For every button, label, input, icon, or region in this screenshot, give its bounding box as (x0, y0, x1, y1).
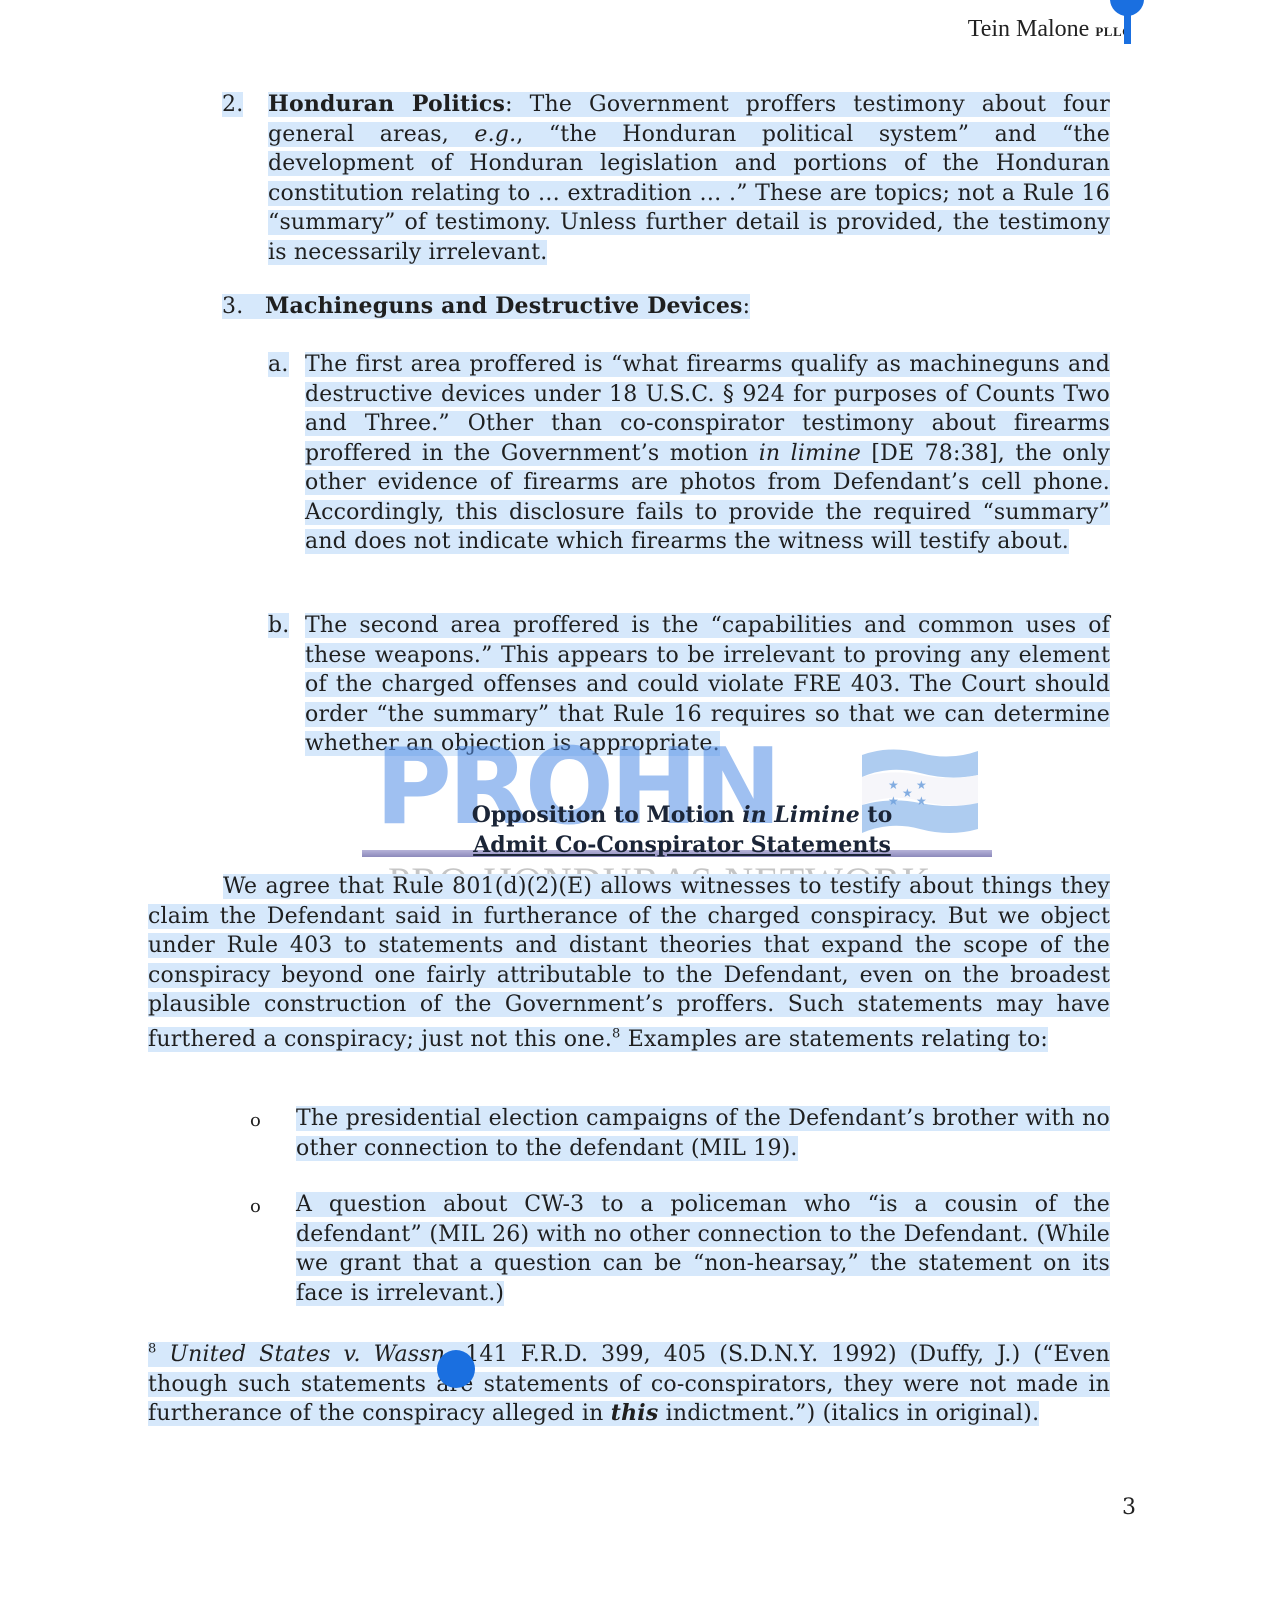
bullet-text: A question about CW-3 to a policeman who… (296, 1192, 1110, 1306)
heading-text: to (860, 802, 893, 828)
firm-name: Tein Malone (968, 16, 1090, 42)
body-text: Examples are statements relating to: (621, 1027, 1049, 1052)
svg-text:★: ★ (902, 786, 913, 800)
footnote-text: indictment.”) (italics in original). (658, 1401, 1039, 1426)
selection-handle-end[interactable] (437, 1350, 475, 1388)
bullet-text: The presidential election campaigns of t… (296, 1106, 1110, 1161)
footnote-case-name: United States v. Wassn (169, 1342, 445, 1367)
item-title-suffix: : (505, 92, 513, 117)
subitem-letter: b. (268, 613, 289, 638)
heading-text-italic: in Limine (742, 802, 859, 828)
section-heading-line2: Admit Co-Conspirator Statements (362, 830, 1002, 860)
body-paragraph: We agree that Rule 801(d)(2)(E) allows w… (148, 872, 1110, 1054)
bullet-marker: o (250, 1110, 261, 1131)
subitem-letter: a. (268, 352, 289, 377)
item-honduran-politics: Honduran Politics: The Government proffe… (268, 90, 1110, 267)
item-title: Honduran Politics (268, 91, 505, 117)
page-number: 3 (1122, 1495, 1136, 1520)
item-text-italic: e.g. (474, 122, 516, 147)
bullet-item: A question about CW-3 to a policeman who… (296, 1190, 1110, 1308)
footnote: 8 United States v. Wassn, 141 F.R.D. 399… (148, 1335, 1110, 1429)
footnote-emphasis: this (611, 1400, 659, 1426)
item-machineguns: 3. Machineguns and Destructive Devices: (222, 292, 1122, 322)
svg-text:★: ★ (916, 778, 927, 792)
selection-handle-start[interactable] (1110, 0, 1144, 16)
svg-text:★: ★ (888, 778, 899, 792)
section-heading-line1: Opposition to Motion in Limine to (362, 800, 1002, 830)
item-number: 3. (222, 294, 243, 319)
item-number: 2. (222, 92, 243, 117)
bullet-item: The presidential election campaigns of t… (296, 1104, 1110, 1163)
subitem-a: The first area proffered is “what firear… (305, 350, 1110, 557)
page-header: Tein Malone PLLC (968, 16, 1132, 43)
subitem-b-letter: b. (268, 611, 304, 641)
bullet-marker: o (250, 1196, 261, 1217)
item-2-number: 2. (222, 90, 268, 120)
subitem-a-letter: a. (268, 350, 304, 380)
footnote-reference[interactable]: 8 (612, 1027, 620, 1042)
body-text: We agree that Rule 801(d)(2)(E) allows w… (148, 874, 1110, 1052)
item-title-suffix: : (743, 294, 751, 319)
heading-text: Opposition to Motion (472, 802, 743, 828)
subitem-text-italic: in limine (759, 441, 861, 466)
footnote-number: 8 (148, 1342, 156, 1357)
item-title: Machineguns and Destructive Devices (265, 293, 743, 319)
section-heading: Opposition to Motion in Limine to Admit … (362, 800, 1002, 860)
